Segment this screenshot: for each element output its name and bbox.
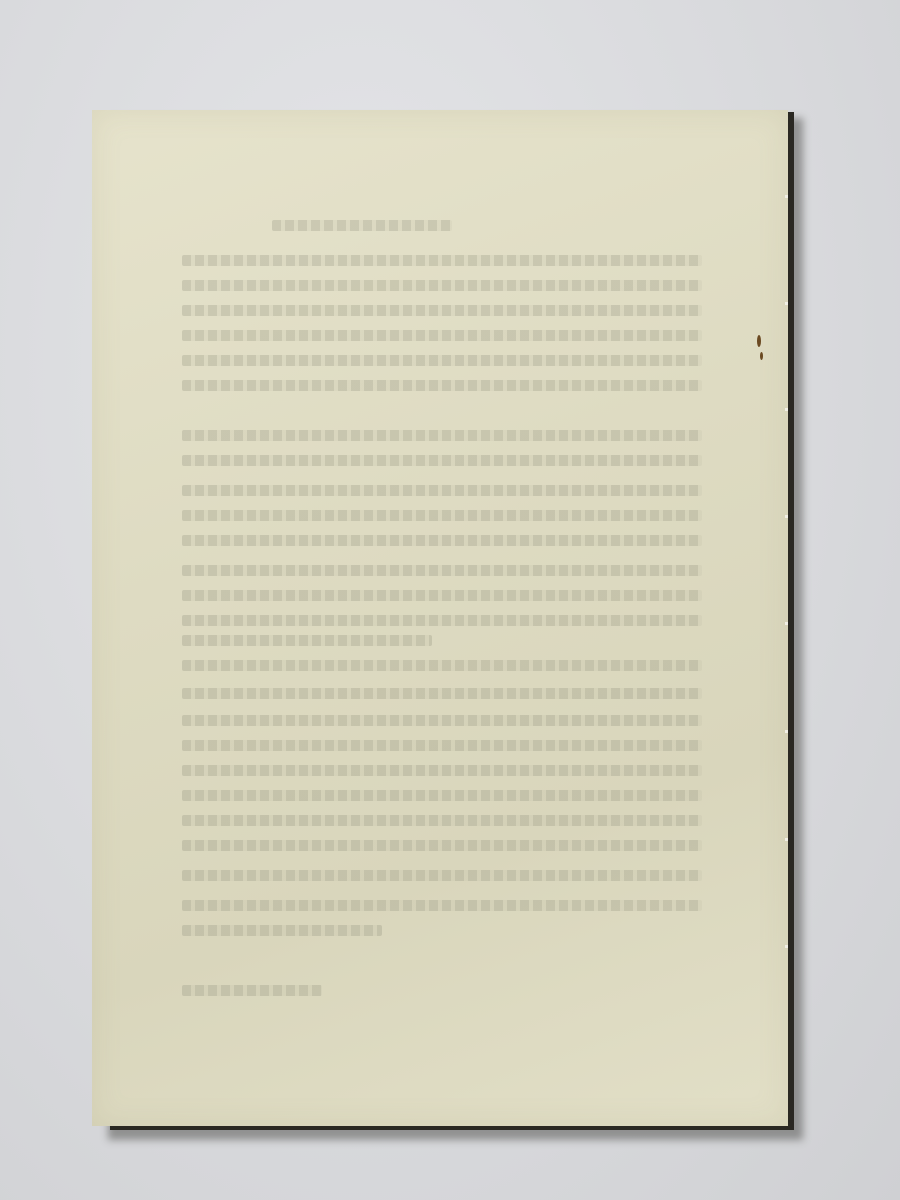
stain-spot xyxy=(757,335,761,347)
binding-stitch xyxy=(785,515,788,518)
show-through-line xyxy=(182,900,702,911)
show-through-line xyxy=(182,765,702,776)
binding-stitch xyxy=(785,302,788,305)
booklet-page xyxy=(92,110,788,1126)
show-through-line xyxy=(182,305,702,316)
binding-stitch xyxy=(785,408,788,411)
show-through-line xyxy=(182,280,702,291)
show-through-line xyxy=(182,255,702,266)
binding-stitch xyxy=(785,730,788,733)
show-through-line xyxy=(182,430,702,441)
show-through-line xyxy=(182,925,382,936)
binding-stitch xyxy=(785,195,788,198)
stain-spot xyxy=(760,352,763,360)
show-through-line xyxy=(182,510,702,521)
show-through-line xyxy=(182,660,702,671)
show-through-line xyxy=(182,790,702,801)
show-through-line xyxy=(182,590,702,601)
show-through-line xyxy=(182,380,702,391)
show-through-line xyxy=(182,330,702,341)
show-through-line xyxy=(182,615,702,626)
show-through-line xyxy=(182,840,702,851)
show-through-line xyxy=(182,740,702,751)
binding-stitch xyxy=(785,622,788,625)
show-through-line xyxy=(182,535,702,546)
show-through-line xyxy=(182,985,322,996)
show-through-line xyxy=(182,485,702,496)
show-through-line xyxy=(272,220,452,231)
show-through-line xyxy=(182,355,702,366)
binding-stitch xyxy=(785,945,788,948)
show-through-line xyxy=(182,815,702,826)
show-through-line xyxy=(182,715,702,726)
show-through-line xyxy=(182,635,432,646)
show-through-line xyxy=(182,565,702,576)
show-through-line xyxy=(182,455,702,466)
show-through-line xyxy=(182,688,702,699)
binding-stitch xyxy=(785,838,788,841)
show-through-line xyxy=(182,870,702,881)
